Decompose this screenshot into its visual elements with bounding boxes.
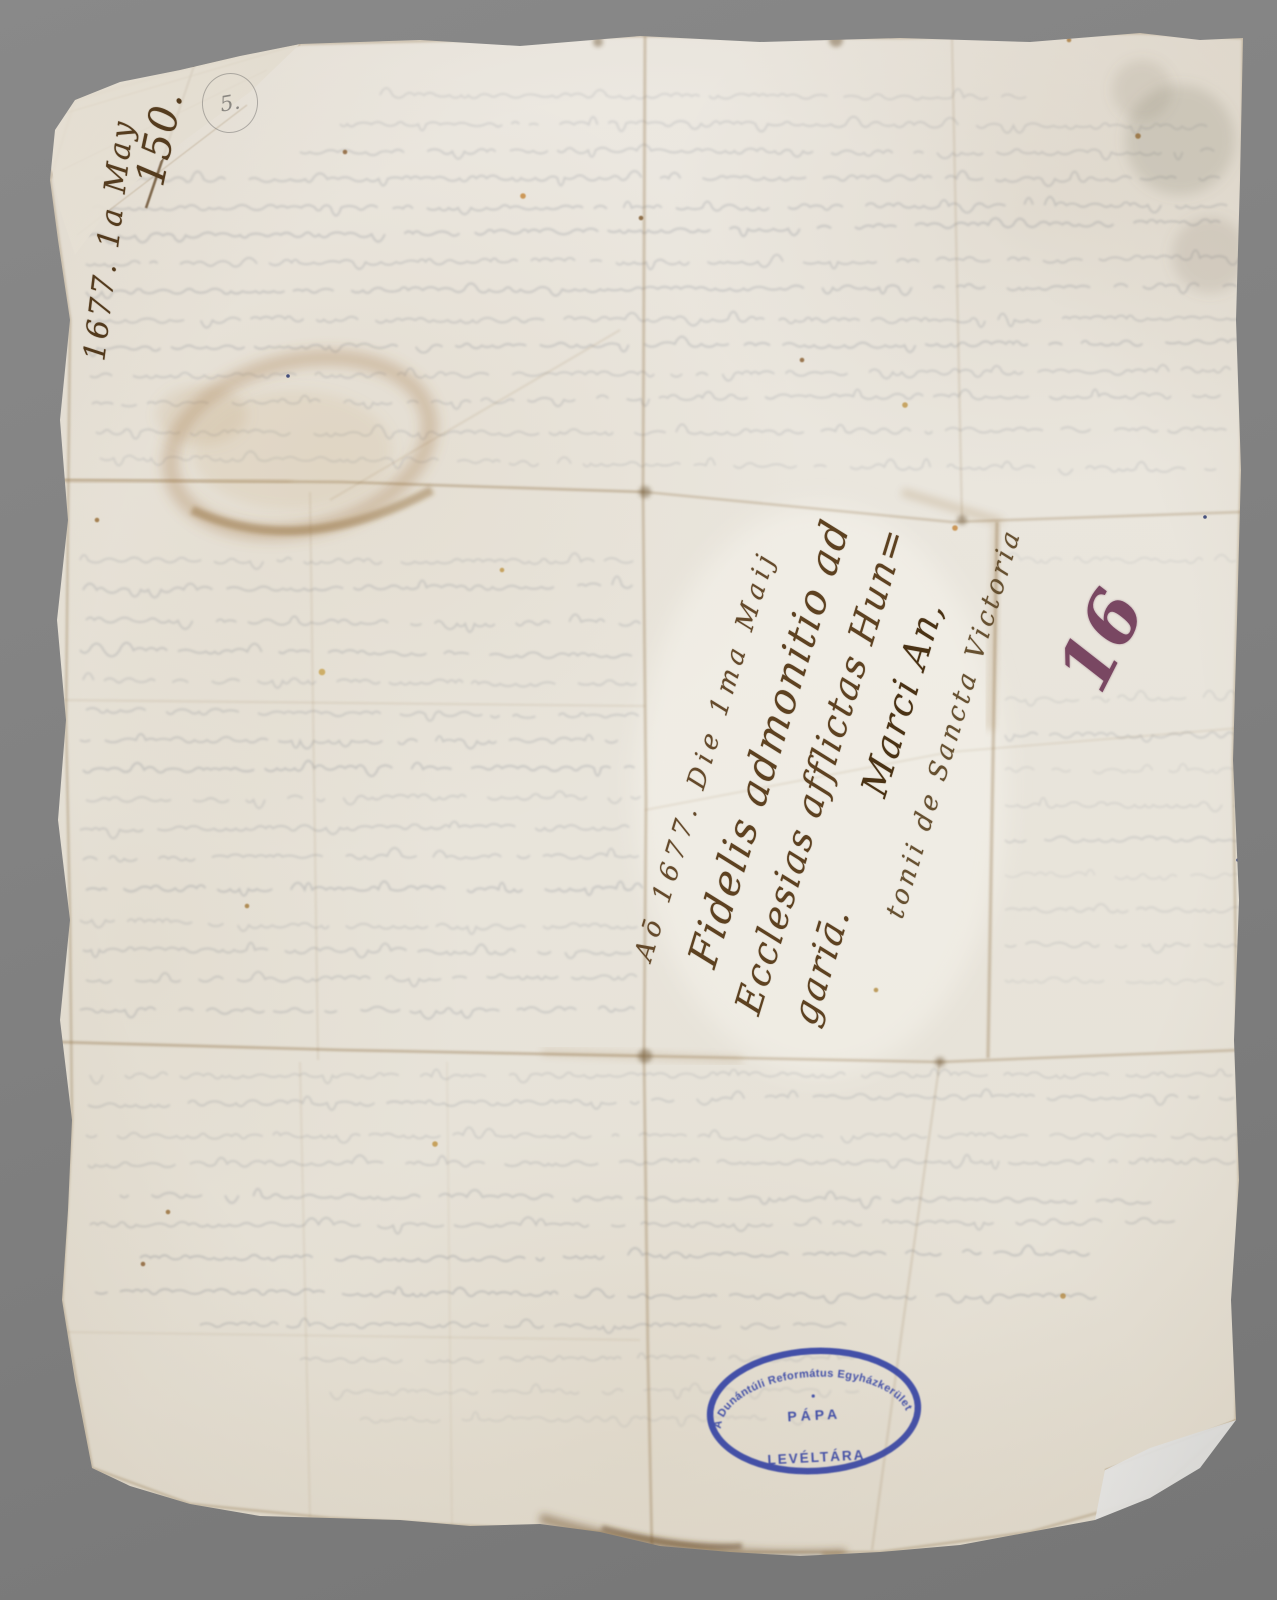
bleedthrough-line [86, 311, 1239, 327]
flap-crease [1105, 1420, 1236, 1470]
bleedthrough-line [80, 553, 633, 569]
foxing-dot [95, 518, 100, 523]
paper-texture-layer [42, 30, 1246, 1558]
bleedthrough-line [140, 1245, 1090, 1262]
bleedthrough-line [86, 1125, 1246, 1148]
bleedthrough-line [86, 280, 1237, 299]
bleedthrough-line [83, 576, 632, 597]
bleedthrough-line [86, 971, 637, 988]
bleedthrough-line [1005, 798, 1246, 812]
bleedthrough-line [88, 1150, 1236, 1174]
bleedthrough-line [340, 114, 1225, 134]
fold-crease [310, 492, 318, 1060]
bleedthrough-line [80, 733, 634, 749]
foxing-dot [639, 216, 644, 221]
bleedthrough-line [83, 760, 635, 777]
foxing-dot [343, 150, 348, 155]
fold-crease [952, 38, 962, 520]
foxing-dot [520, 193, 526, 199]
bleedthrough-line [95, 166, 1238, 191]
bleedthrough-line [95, 1286, 1096, 1303]
bleedthrough-line [300, 143, 1237, 162]
crease-intersection-smudge [593, 37, 603, 47]
bleedthrough-line [1005, 869, 1241, 879]
foxing-dot [874, 988, 879, 993]
bleedthrough-line [80, 1006, 635, 1019]
bleedthrough-line [90, 1068, 1246, 1084]
crease-intersection-smudge [957, 515, 967, 525]
foxing-dot [800, 358, 805, 363]
foxing-dot [319, 669, 326, 676]
bleedthrough-line [86, 611, 640, 633]
bleedthrough-line [90, 1216, 1175, 1234]
bleedthrough-line [80, 642, 648, 660]
smudge [1112, 60, 1172, 120]
foxing-dot [245, 904, 250, 909]
bleedthrough-line [1005, 764, 1235, 774]
crease-intersection-smudge [638, 1049, 652, 1063]
fold-crease [447, 1062, 452, 1528]
crease-intersection-smudge [935, 1057, 945, 1067]
foxing-dot [166, 1210, 171, 1215]
bleedthrough-line [83, 942, 632, 958]
bleedthrough-line [80, 820, 629, 838]
stamp-dot [812, 1394, 815, 1397]
foxing-dot [141, 1262, 146, 1267]
docket-panel-highlight [636, 505, 1006, 1075]
bleedthrough-line [83, 673, 637, 689]
foxing-dot [1060, 1293, 1066, 1299]
foxing-dot [952, 525, 958, 531]
foxing-dot [432, 1141, 438, 1147]
foxing-dot [902, 402, 908, 408]
ink-fleck [1203, 515, 1207, 519]
photograph-background: 1677. 1a May 150. 5. Aō 1677. Die 1ma Ma… [0, 0, 1277, 1600]
foxing-dot [1067, 38, 1072, 43]
bleedthrough-line [380, 87, 1026, 100]
archive-stamp: A Dunántúli Református Egyházkerület PÁP… [684, 1326, 944, 1496]
bleedthrough-line [83, 846, 650, 861]
bleedthrough-line [86, 708, 639, 723]
fold-crease [57, 700, 645, 706]
bleedthrough-line [1005, 942, 1246, 953]
bleedthrough-line [80, 918, 637, 935]
water-stain-blob [157, 385, 247, 445]
bottom-edge-stain [540, 1518, 846, 1555]
bleedthrough-line [120, 1187, 1151, 1210]
smudge [1172, 217, 1246, 293]
bleedthrough-line [86, 250, 1239, 274]
crease-intersection-smudge [829, 33, 843, 47]
bleedthrough-line [92, 196, 1246, 216]
pencil-number-label: 5. [218, 89, 242, 116]
bleedthrough-line [88, 336, 1241, 356]
bleedthrough-line [1005, 977, 1235, 985]
foxing-dot [1135, 133, 1141, 139]
fold-crease [60, 1332, 640, 1340]
letter-sheet: 1677. 1a May 150. 5. Aō 1677. Die 1ma Ma… [42, 30, 1246, 1558]
bleedthrough-line [88, 1089, 1234, 1111]
crease-intersection-smudge [639, 486, 651, 498]
foxing-dot [500, 568, 505, 573]
bleedthrough-line [1005, 836, 1240, 843]
bleedthrough-line [1005, 904, 1243, 913]
ink-fleck [1236, 858, 1240, 862]
stamp-center-text: PÁPA [787, 1406, 842, 1425]
bleedthrough-line [86, 880, 643, 898]
ink-fleck [286, 374, 290, 378]
bleedthrough-line [88, 217, 1242, 244]
bleedthrough-line [86, 791, 640, 809]
